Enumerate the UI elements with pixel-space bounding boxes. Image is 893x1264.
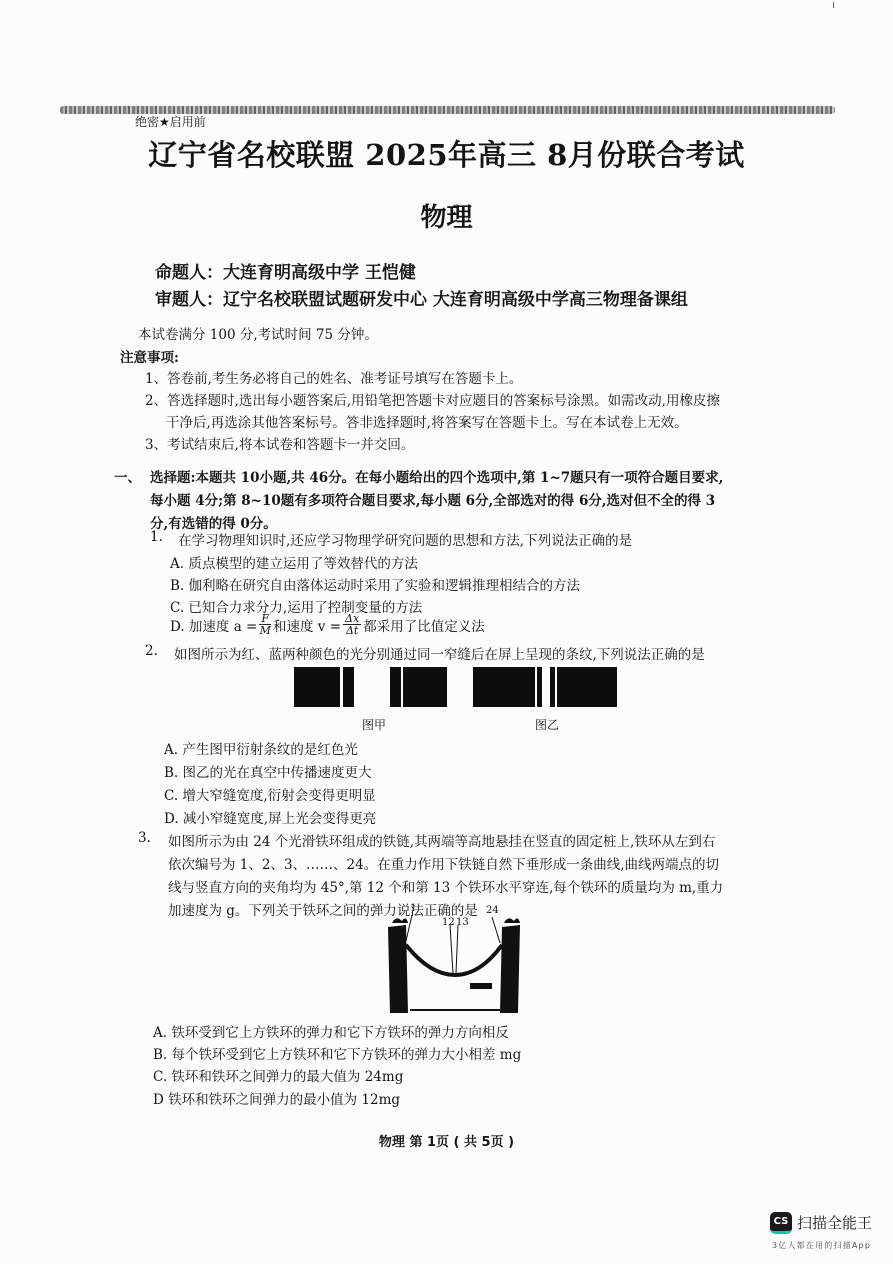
fringe-dark-band	[403, 667, 447, 707]
figure-label-jia: 图甲	[362, 716, 386, 733]
notice-item: 3、考试结束后,将本试卷和答题卡一并交回。	[145, 433, 414, 453]
fringe-dark-band	[550, 667, 555, 707]
fringe-dark-band	[557, 667, 617, 707]
question-stem: 依次编号为 1、2、3、……、24。在重力作用下铁链自然下垂形成一条曲线,曲线两…	[168, 853, 719, 873]
section-instructions: 选择题:本题共 10小题,共 46分。在每小题给出的四个选项中,第 1~7题只有…	[150, 466, 723, 486]
fraction-dx-over-dt: Δx Δt	[343, 613, 361, 636]
question-option: A. 质点模型的建立运用了等效替代的方法	[170, 552, 418, 572]
question-stem: 如图所示为红、蓝两种颜色的光分别通过同一窄缝后在屏上呈现的条纹,下列说法正确的是	[174, 643, 705, 663]
option-d-middle: 和速度 v =	[273, 615, 341, 635]
option-d-suffix: 都采用了比值定义法	[363, 615, 485, 635]
exam-info: 本试卷满分 100 分,考试时间 75 分钟。	[138, 323, 378, 343]
exam-title: 辽宁省名校联盟 2025年高三 8月份联合考试	[0, 133, 893, 174]
fringe-dark-band	[473, 667, 535, 707]
question-number: 3.	[138, 830, 151, 846]
notice-item: 2、答选择题时,选出每小题答案后,用铅笔把答题卡对应题目的答案标号涂黑。如需改动…	[145, 389, 720, 409]
question-stem: 如图所示为由 24 个光滑铁环组成的铁链,其两端等高地悬挂在竖直的固定桩上,铁环…	[168, 830, 715, 850]
fringe-dark-band	[537, 667, 542, 707]
fringe-dark-band	[343, 667, 354, 707]
question-option: B. 伽利略在研究自由落体运动时采用了实验和逻辑推理相结合的方法	[170, 574, 580, 594]
section-instructions: 每小题 4分;第 8~10题有多项符合题目要求,每小题 6分,全部选对的得 6分…	[150, 489, 715, 509]
camscanner-slogan: 3亿人都在用的扫描App	[772, 1240, 871, 1251]
option-d-prefix: D. 加速度 a =	[170, 615, 257, 635]
notice-item-continued: 干净后,再选涂其他答案标号。答非选择题时,将答案写在答题卡上。写在本试卷上无效。	[166, 411, 688, 431]
chain-label-13: 13	[456, 917, 469, 928]
fraction-denominator: M	[260, 625, 271, 636]
scan-artifact-mark	[833, 2, 834, 8]
question-option: D. 减小窄缝宽度,屏上光会变得更亮	[164, 807, 376, 827]
notice-heading: 注意事项:	[120, 346, 179, 366]
subject-title: 物理	[0, 197, 893, 234]
fringe-dark-band	[390, 667, 401, 707]
diffraction-figure	[290, 665, 620, 710]
reviewer-line: 审题人：辽宁名校联盟试题研发中心 大连育明高级中学高三物理备课组	[155, 285, 688, 310]
fraction-f-over-m: F M	[259, 613, 271, 636]
question-option: A. 铁环受到它上方铁环的弹力和它下方铁环的弹力方向相反	[153, 1021, 509, 1041]
fraction-denominator: Δt	[346, 625, 358, 636]
iron-chain-figure: 1 12 13 24	[380, 905, 525, 1015]
question-option: B. 每个铁环受到它上方铁环和它下方铁环的弹力大小相差 mg	[153, 1043, 521, 1063]
question-stem: 线与竖直方向的夹角均为 45°,第 12 个和第 13 个铁环水平穿连,每个铁环…	[168, 876, 723, 896]
question-number: 1.	[150, 529, 163, 545]
page-footer: 物理 第 1页 ( 共 5页 )	[0, 1131, 893, 1150]
figure-label-yi: 图乙	[535, 716, 559, 733]
question-option: A. 产生图甲衍射条纹的是红色光	[164, 738, 358, 758]
chain-label-24: 24	[486, 905, 499, 916]
fringe-dark-band	[294, 667, 340, 707]
secret-mark: 绝密★启用前	[135, 113, 206, 130]
question-option: B. 图乙的光在真空中传播速度更大	[164, 761, 372, 781]
author-line: 命题人：大连育明高级中学 王恺健	[155, 258, 416, 283]
question-option: C. 铁环和铁环之间弹力的最大值为 24mg	[153, 1065, 403, 1085]
chain-label-12: 12	[442, 917, 455, 928]
chain-label-1: 1	[410, 903, 416, 914]
question-stem: 在学习物理知识时,还应学习物理学研究问题的思想和方法,下列说法正确的是	[178, 529, 632, 549]
camscanner-logo-icon: CS	[770, 1212, 792, 1234]
question-number: 2.	[145, 643, 158, 659]
question-option: C. 增大窄缝宽度,衍射会变得更明显	[164, 784, 376, 804]
question-option-d: D. 加速度 a = F M 和速度 v = Δx Δt 都采用了比值定义法	[170, 613, 485, 636]
question-option: D 铁环和铁环之间弹力的最小值为 12mg	[153, 1088, 400, 1108]
camscanner-name: 扫描全能王	[797, 1212, 872, 1233]
notice-item: 1、答卷前,考生务必将自己的姓名、准考证号填写在答题卡上。	[145, 367, 522, 387]
section-number: 一、	[114, 466, 141, 486]
